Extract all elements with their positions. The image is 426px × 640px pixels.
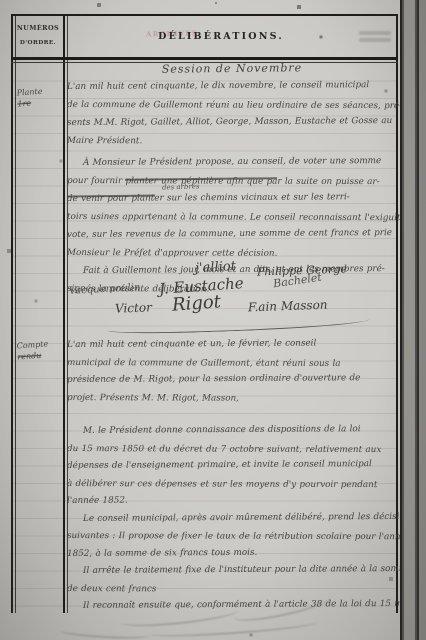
faded-corner-stamp [357,28,393,50]
handwritten-paragraph: L'an mil huit cent cinquante, le dix nov… [67,78,397,150]
handwriting-line: Le conseil municipal, après avoir mûreme… [67,508,397,528]
handwriting-line: Il arrête le traitement fixe de l'instit… [67,561,397,581]
entry-heading: Session de Novembre [67,60,397,76]
deliberation-entry-february: L'an mil huit cent cinquante et un, le f… [67,337,397,617]
signature-flourish [107,313,369,335]
order-number-column-header: NUMÉROS D'ORDRE. [14,24,62,47]
ordre-label: D'ORDRE. [14,39,62,47]
handwriting-line: L'an mil huit cent cinquante et un, le f… [67,335,397,355]
stamp-smudge [359,31,391,35]
handwritten-paragraph: Il arrête le traitement fixe de l'instit… [67,563,397,598]
handwriting-line: dépenses de l'enseignement primaire, et … [67,456,397,476]
handwriting-line: sents M.M. Rigot, Gaillet, Alliot, Georg… [67,112,397,132]
margin-note-line: 1re [17,95,62,109]
ink-bleedthrough-mark [60,626,150,640]
margin-note-entry2: Compterendu [16,337,61,362]
handwritten-paragraph: À Monsieur le Président propose, au cons… [67,154,397,262]
signature: Victor [115,300,152,315]
handwriting-line: M. le Président donne connaissance des d… [67,421,397,441]
order-column-divider [63,14,65,613]
stamp-smudge [359,38,391,42]
book-binding-edge [400,0,426,640]
deliberation-entry-november: Session de Novembre L'an mil huit cent c… [67,62,397,334]
handwriting-line: À Monsieur le Président propose, au cons… [67,152,397,172]
left-frame-line [11,14,13,613]
margin-note-entry1: Plante1re [16,84,61,109]
handwritten-paragraph: Le conseil municipal, après avoir mûreme… [67,511,397,564]
signature: j'alliot [195,259,237,276]
top-frame-line [11,14,398,16]
handwriting-line: Maire Président. [67,132,397,151]
scanned-register-page: NUMÉROS D'ORDRE. ARCHIVES DÉLIBÉRATIONS.… [0,0,426,640]
handwriting-line: vote, sur les revenus de la commune, une… [67,224,397,244]
signature: F.ain Masson [248,298,328,315]
handwriting-line: de venir pour planter sur les chemins vi… [67,188,397,208]
scan-noise-specks [0,0,2,2]
handwriting-line: présidence de M. Rigot, pour la session … [67,370,397,390]
handwriting-line: l'année 1852. [67,491,397,511]
handwritten-paragraph: L'an mil huit cent cinquante et un, le f… [67,337,397,407]
handwritten-paragraph: M. le Président donne connaissance des d… [67,423,397,511]
left-frame-line-inner [15,14,16,613]
handwriting-line: L'an mil huit cent cinquante, le dix nov… [67,76,397,96]
numeros-label: NUMÉROS [14,24,62,32]
handwriting-line: projet. Présents M. M. Rigot, Masson, [67,390,397,409]
margin-note-line: rendu [17,348,62,362]
signature: Rigot [171,291,221,315]
interline-correction: des arbres [162,182,200,191]
page-title: DÉLIBÉRATIONS. [66,31,376,42]
header-rule-thick [11,57,398,60]
handwriting-line: 1852, à la somme de six francs tous mois… [67,543,397,563]
